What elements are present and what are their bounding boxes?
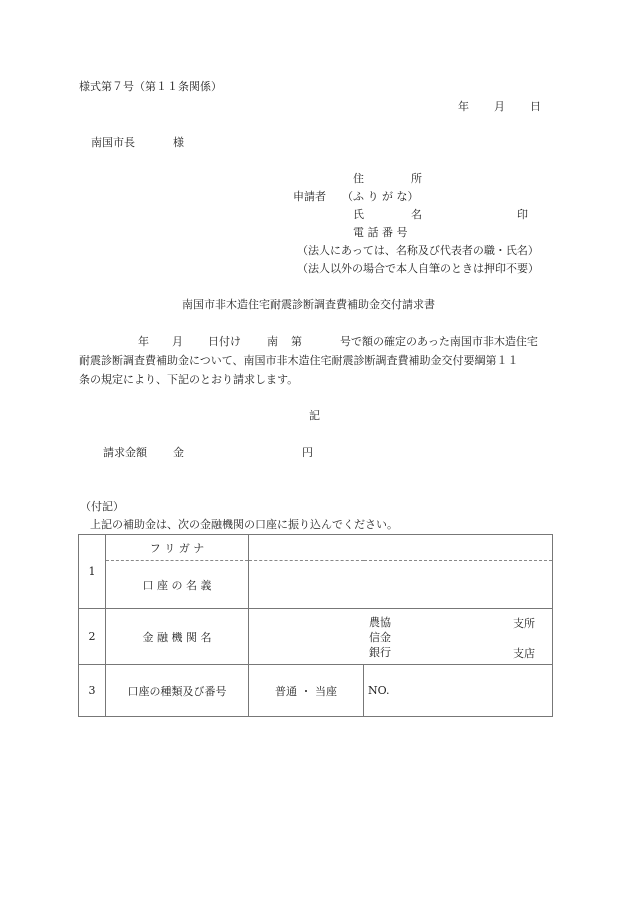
account-holder-field[interactable] xyxy=(249,561,553,609)
applicant-address-label-1: 住 xyxy=(353,172,364,186)
account-type-field[interactable]: 普通 ・ 当座 xyxy=(249,665,364,717)
bank-account-table: 1 フ リ ガ ナ 口 座 の 名 義 2 金 融 機 関 名 農協 信金 銀行… xyxy=(78,534,553,717)
claim-label: 請求金額 xyxy=(103,446,147,460)
bank-name-field[interactable]: 農協 信金 銀行 支所 支店 xyxy=(249,609,553,665)
appendix-text: 上記の補助金は、次の金融機関の口座に振り込んでください。 xyxy=(90,518,398,532)
date-month-label: 月 xyxy=(494,100,505,114)
addressee-name: 南国市長 xyxy=(91,136,135,150)
applicant-name-label-2: 名 xyxy=(411,208,422,222)
addressee-honorific: 様 xyxy=(173,136,184,150)
applicant-label: 申請者 xyxy=(293,190,326,204)
account-number-field[interactable]: NO. xyxy=(364,665,553,717)
bank-option-nokyo: 農協 xyxy=(369,615,391,630)
appendix-label: （付記） xyxy=(80,500,124,514)
account-holder-label: 口 座 の 名 義 xyxy=(106,561,249,609)
seal-mark: 印 xyxy=(517,208,528,222)
row-number-3: 3 xyxy=(79,665,106,717)
date-day-label: 日 xyxy=(530,100,541,114)
form-number: 様式第７号（第１１条関係） xyxy=(79,80,222,94)
body-nan: 南 xyxy=(267,335,278,349)
ki-heading: 記 xyxy=(309,409,320,423)
applicant-note-seal: （法人以外の場合で本人自筆のときは押印不要） xyxy=(297,262,539,276)
row-number-1: 1 xyxy=(79,535,106,609)
bank-name-label: 金 融 機 関 名 xyxy=(106,609,249,665)
document-title: 南国市非木造住宅耐震診断調査費補助金交付請求書 xyxy=(182,298,435,312)
applicant-note-corporation: （法人にあっては、名称及び代表者の職・氏名） xyxy=(297,244,539,258)
body-dai: 第 xyxy=(291,335,302,349)
branch-shiten-label: 支店 xyxy=(513,645,535,661)
furigana-label: フ リ ガ ナ xyxy=(106,535,249,561)
applicant-address-label-2: 所 xyxy=(411,172,422,186)
body-line-1-rest: 号で額の確定のあった南国市非木造住宅 xyxy=(340,335,538,349)
body-year: 年 xyxy=(138,335,149,349)
applicant-furigana-label: （ふ り が な） xyxy=(342,190,419,204)
row-number-2: 2 xyxy=(79,609,106,665)
bank-option-shinkin: 信金 xyxy=(369,630,391,645)
account-type-number-label: 口座の種類及び番号 xyxy=(106,665,249,717)
branch-shisho-label: 支所 xyxy=(513,615,535,631)
furigana-field[interactable] xyxy=(249,535,553,561)
body-month: 月 xyxy=(172,335,183,349)
claim-kin: 金 xyxy=(173,446,184,460)
body-line-2: 耐震診断調査費補助金について、南国市非木造住宅耐震診断調査費補助金交付要綱第１１ xyxy=(79,354,519,368)
applicant-phone-label: 電 話 番 号 xyxy=(353,226,408,240)
applicant-name-label-1: 氏 xyxy=(353,208,364,222)
date-year-label: 年 xyxy=(458,100,469,114)
claim-yen: 円 xyxy=(302,446,313,460)
body-day: 日付け xyxy=(208,335,241,349)
body-line-3: 条の規定により、下記のとおり請求します。 xyxy=(79,373,298,387)
bank-option-ginko: 銀行 xyxy=(369,645,391,660)
